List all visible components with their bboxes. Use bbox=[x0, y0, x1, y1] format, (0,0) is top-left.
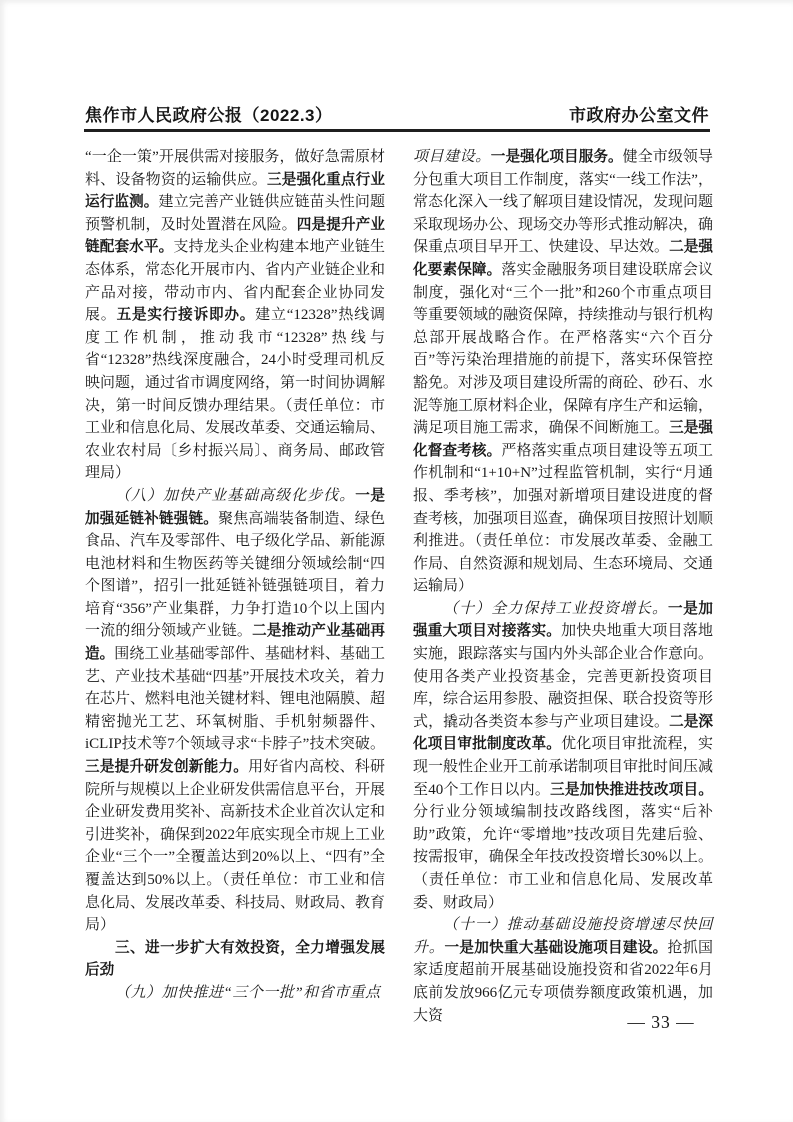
emphasis-bold-text: 三是加快推进技改项目。 bbox=[550, 782, 713, 798]
header-divider bbox=[84, 129, 710, 132]
emphasis-bold-text: 五是实行接诉即办。 bbox=[117, 307, 256, 323]
body-text: 建立“12328”热线调度工作机制，推动我市“12328”热线与省“12328”… bbox=[85, 307, 385, 481]
document-body: “一企一策”开展供需对接服务，做好急需原材料、设备物资的运输供应。三是强化重点行… bbox=[85, 146, 713, 1027]
paragraph: “一企一策”开展供需对接服务，做好急需原材料、设备物资的运输供应。三是强化重点行… bbox=[85, 146, 385, 485]
emphasis-bold-text: 一是加快重大基础设施项目建设。 bbox=[445, 940, 668, 956]
body-text: 用好省内高校、科研院所与规模以上企业研发供需信息平台，开展企业研发费用奖补、高新… bbox=[85, 759, 385, 933]
body-text: 严格落实重点项目建设等五项工作机制和“1+10+N”过程监管机制，实行“月通报、… bbox=[413, 443, 713, 595]
paragraph: （九）加快推进“三个一批”和省市重点 bbox=[85, 982, 385, 1005]
paragraph: 项目建设。一是强化项目服务。健全市级领导分包重大项目工作制度，落实“一线工作法”… bbox=[413, 146, 713, 598]
body-text: 围绕工业基础零部件、基础材料、基础工艺、产业技术基础“四基”开展技术攻关，着力在… bbox=[85, 646, 385, 752]
kaiti-text: 项目建设。 bbox=[413, 149, 491, 165]
paragraph: （十一）推动基础设施投资增速尽快回升。一是加快重大基础设施项目建设。抢抓国家适度… bbox=[413, 914, 713, 1027]
gazette-page: 焦作市人民政府公报（2022.3） 市政府办公室文件 “一企一策”开展供需对接服… bbox=[0, 0, 793, 1122]
kaiti-text: （九）加快推进“三个一批”和省市重点 bbox=[115, 985, 381, 1001]
emphasis-bold-text: 三是提升研发创新能力。 bbox=[85, 759, 248, 775]
paragraph: （八）加快产业基础高级化步伐。一是加强延链补链强链。聚焦高端装备制造、绿色食品、… bbox=[85, 485, 385, 937]
header-right-title: 市政府办公室文件 bbox=[569, 101, 709, 126]
emphasis-bold-text: 三、进一步扩大有效投资，全力增强发展后劲 bbox=[85, 940, 385, 979]
paragraph: （十）全力保持工业投资增长。一是加强重大项目对接落实。加快央地重大项目落地实施，… bbox=[413, 598, 713, 914]
body-text: 落实金融服务项目建设联席会议制度，强化对“三个一批”和260个市重点项目等重要领… bbox=[413, 262, 713, 436]
kaiti-text: （八）加快产业基础高级化步伐。 bbox=[115, 488, 355, 504]
body-text: 聚焦高端装备制造、绿色食品、汽车及零部件、电子级化学品、新能源电池材料和生物医药… bbox=[85, 511, 385, 640]
page-header: 焦作市人民政府公报（2022.3） 市政府办公室文件 bbox=[85, 101, 709, 126]
column-right: 项目建设。一是强化项目服务。健全市级领导分包重大项目工作制度，落实“一线工作法”… bbox=[413, 146, 713, 1027]
paragraph: 三、进一步扩大有效投资，全力增强发展后劲 bbox=[85, 937, 385, 982]
kaiti-text: （十）全力保持工业投资增长。 bbox=[443, 601, 668, 617]
column-left: “一企一策”开展供需对接服务，做好急需原材料、设备物资的运输供应。三是强化重点行… bbox=[85, 146, 385, 1027]
header-left-title: 焦作市人民政府公报（2022.3） bbox=[85, 101, 333, 126]
emphasis-bold-text: 一是强化项目服务。 bbox=[491, 149, 623, 165]
body-text: 分行业分领域编制技改路线图，落实“后补助”政策，允许“零增地”技改项目先建后验、… bbox=[413, 804, 713, 910]
page-number: — 33 — bbox=[600, 1012, 722, 1033]
